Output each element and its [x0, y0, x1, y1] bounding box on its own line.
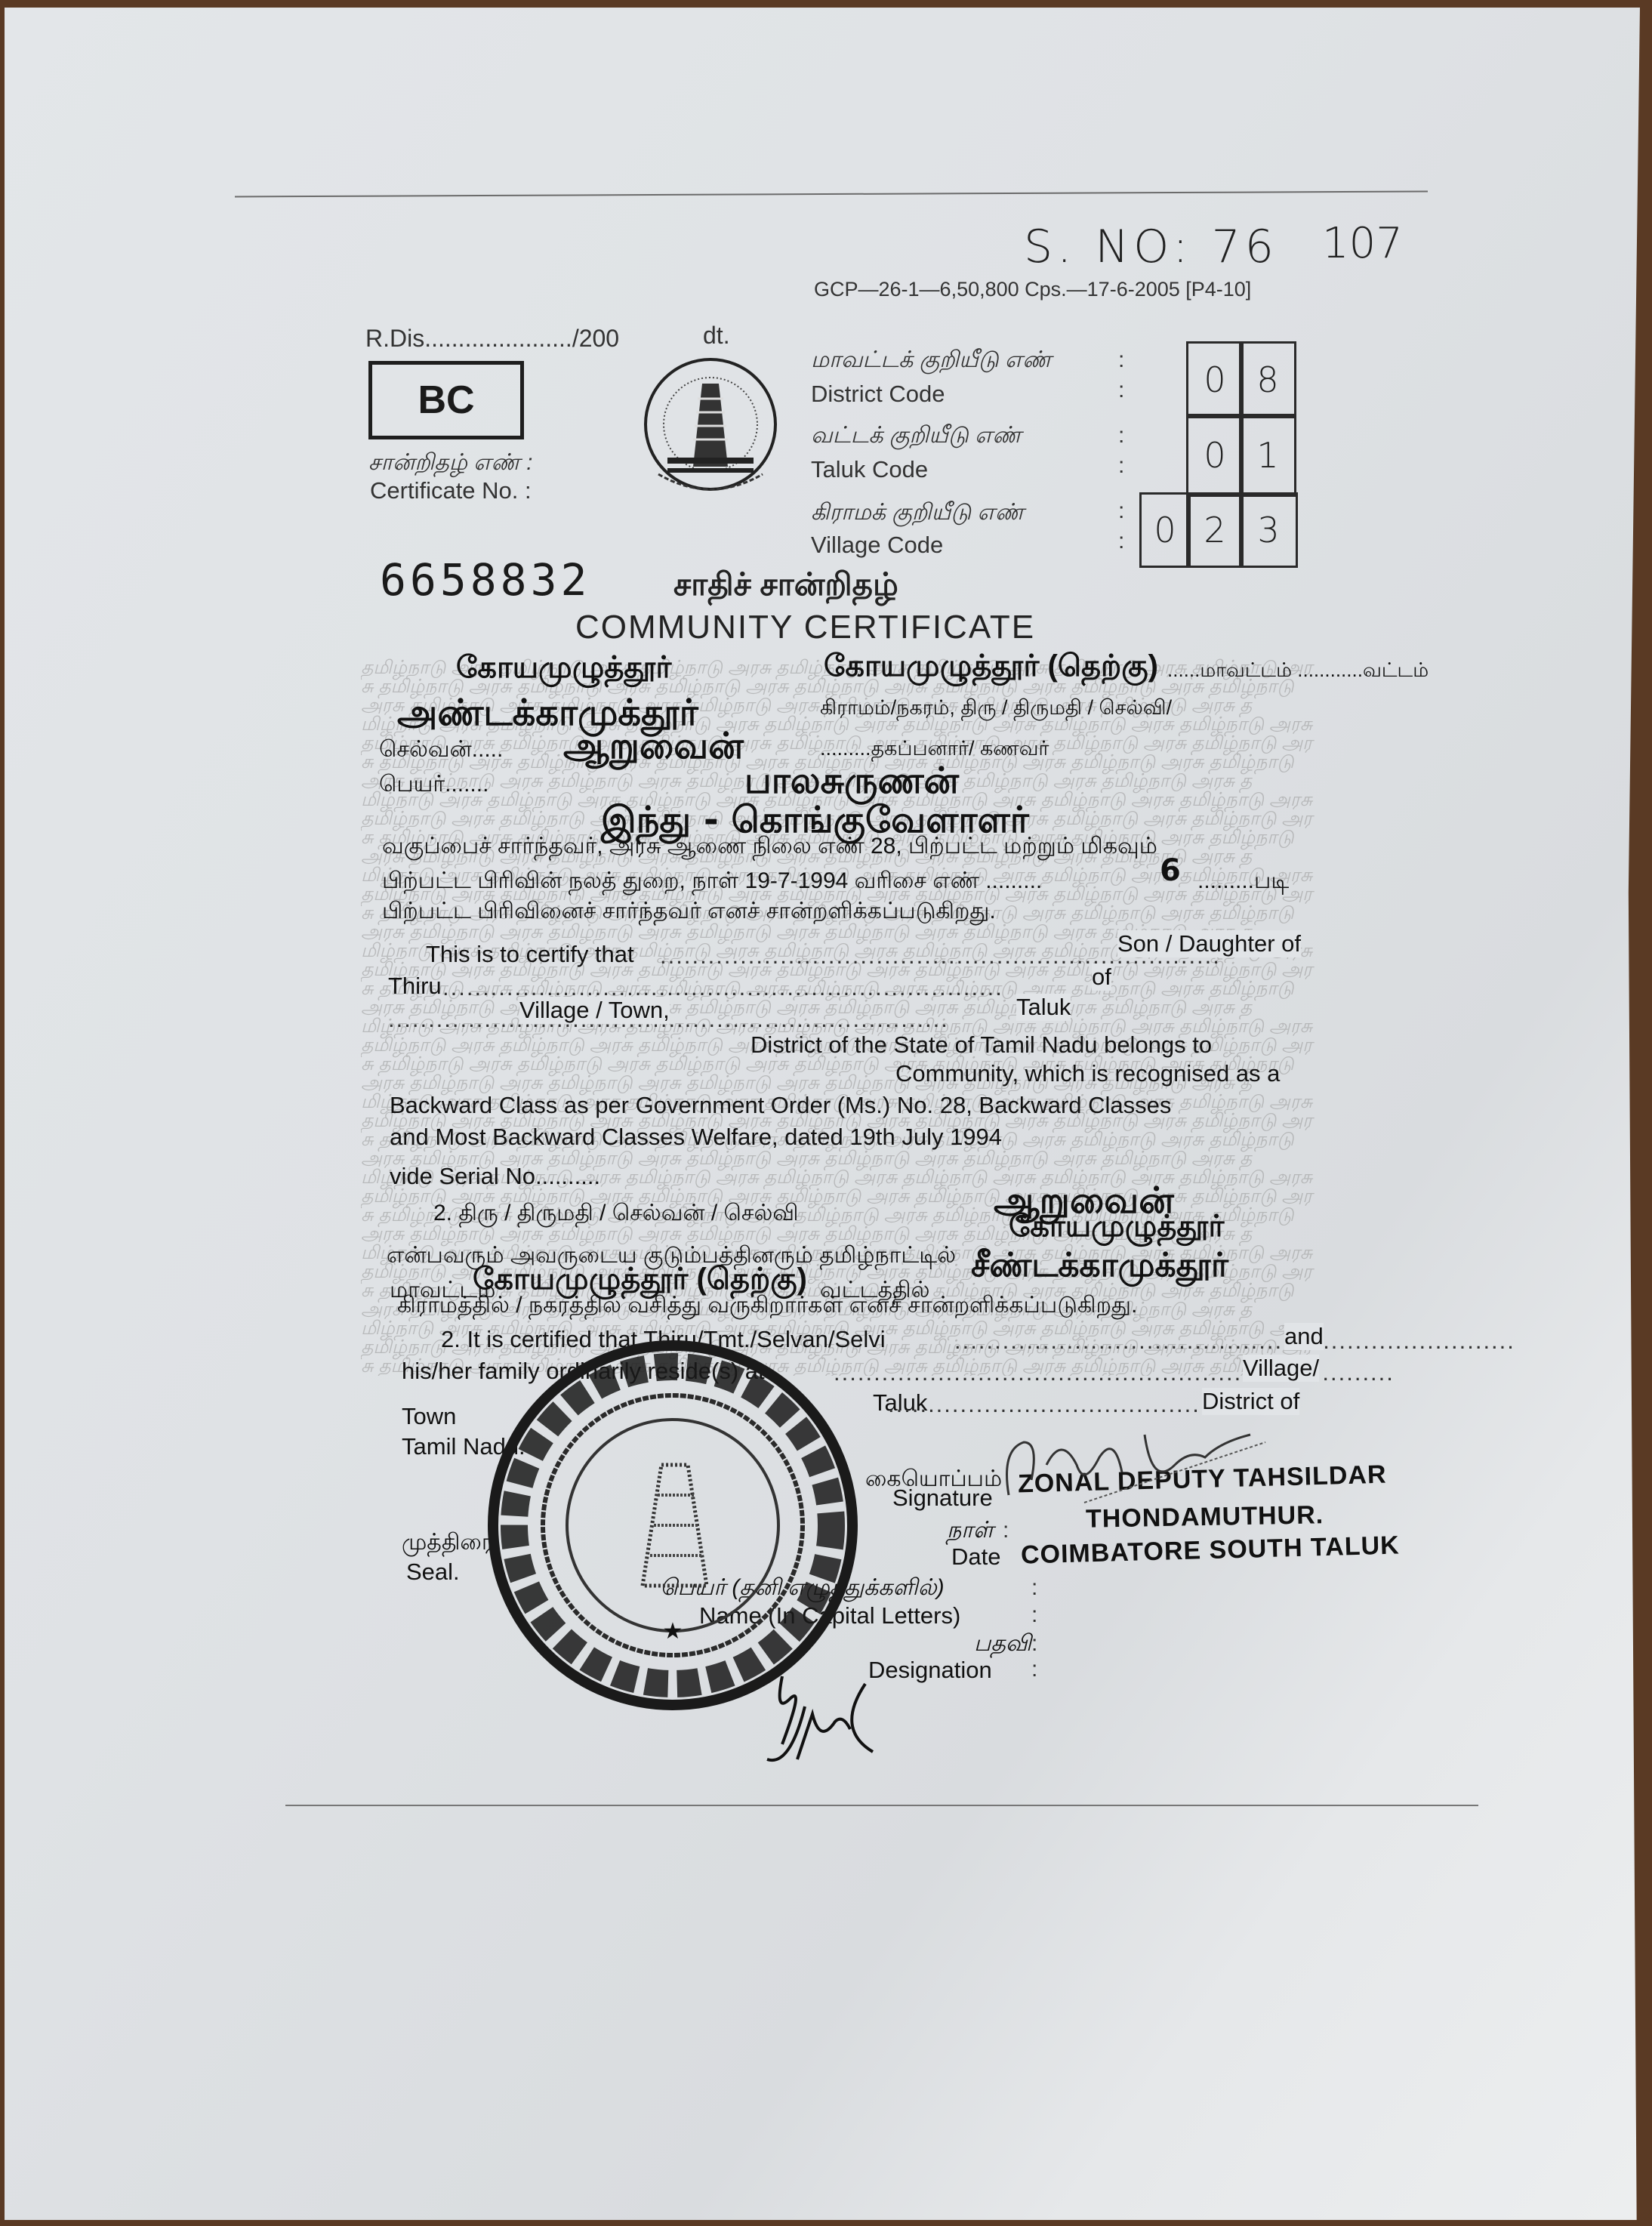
- english-line5: Community, which is recognised as a: [895, 1060, 1280, 1087]
- tamil-line6: வகுப்பைச் சார்ந்தவர், அரசு ஆணை நிலை எண் …: [382, 834, 1157, 862]
- english-line7: and Most Backward Classes Welfare, dated…: [390, 1124, 1002, 1151]
- para2-filled-district: கோயமுழுத்தூர்: [1009, 1210, 1224, 1247]
- taluk-code-label: Taluk Code: [811, 456, 928, 483]
- name-colon: :: [1031, 1575, 1037, 1601]
- name-colon-en: :: [1031, 1602, 1037, 1628]
- tamil-line8: பிற்பட்ட பிரிவினைச் சார்ந்தவர் எனச் சான்…: [382, 899, 996, 927]
- category-badge-label: BC: [418, 378, 474, 423]
- tamil-line4-prefix: பெயர்.......: [379, 772, 489, 800]
- village-code-label-tamil: கிராமக் குறியீடு எண்: [811, 500, 1024, 529]
- district-code-digit-1: 0: [1186, 341, 1244, 418]
- filled-district-tamil: கோயமுழுத்தூர்: [456, 651, 671, 689]
- designation-label-tamil: பதவி: [974, 1631, 1031, 1660]
- form-top-border: [235, 191, 1428, 198]
- para2-english-line1-dots: ........................................…: [954, 1327, 1515, 1355]
- english-line1-prefix: This is to certify that: [426, 941, 634, 968]
- para2-filled-village: சீண்டக்காமுக்தூர்: [971, 1246, 1228, 1289]
- taluk-code-colon: :: [1118, 423, 1124, 449]
- r-dis-field: R.Dis....................../200: [365, 325, 619, 353]
- para2-tamil-line4: கிராமத்தில் / நகரத்தில் வசித்து வருகிறார…: [397, 1293, 1137, 1321]
- handwritten-serial-number: S. NO: 76: [1024, 220, 1278, 273]
- para2-english-line3-dots: ........................................…: [888, 1391, 1197, 1418]
- village-code-digit-3: 3: [1239, 492, 1298, 568]
- r-dis-date-label: dt.: [703, 322, 730, 350]
- certificate-paper: S. NO: 76 107 GCP—26-1—6,50,800 Cps.—17-…: [5, 8, 1640, 2220]
- filled-taluk-tamil: கோயமுழுத்தூர் (தெற்கு): [824, 649, 1158, 687]
- handwritten-serial-suffix: 107: [1322, 219, 1403, 268]
- date-colon: :: [1003, 1518, 1009, 1543]
- filled-serial-tamil: 6: [1160, 853, 1181, 888]
- district-code-colon: :: [1118, 347, 1124, 373]
- certificate-number: 6658832: [380, 554, 590, 606]
- english-line1-suffix: Son / Daughter of: [1117, 930, 1301, 957]
- signature-scribble-icon: [994, 1420, 1281, 1510]
- english-line2-prefix: Thiru: [388, 973, 442, 1000]
- tamil-line7-suffix: .........படி: [1197, 868, 1289, 897]
- form-bottom-border: [285, 1805, 1478, 1806]
- district-code-digit-2: 8: [1239, 341, 1296, 418]
- taluk-code-digit-2: 1: [1239, 414, 1296, 497]
- english-line4: District of the State of Tamil Nadu belo…: [750, 1031, 1212, 1059]
- title-tamil: சாதிச் சான்றிதழ்: [673, 566, 898, 607]
- date-label: Date: [951, 1543, 1000, 1571]
- title-english: COMMUNITY CERTIFICATE: [575, 609, 1035, 646]
- district-code-label: District Code: [811, 381, 945, 408]
- tamil-line2: கிராமம்/நகரம், திரு / திருமதி / செல்வி/: [820, 696, 1172, 723]
- round-seal-icon: ★: [473, 1337, 873, 1714]
- para2-english-line3-prefix: Town: [402, 1403, 456, 1430]
- village-code-digit-1: 0: [1139, 492, 1191, 568]
- print-code: GCP—26-1—6,50,800 Cps.—17-6-2005 [P4-10]: [814, 278, 1251, 301]
- village-code-digit-2: 2: [1186, 492, 1244, 568]
- certificate-no-label-tamil: சான்றிதழ் எண் :: [368, 450, 532, 479]
- tamil-line7-prefix: பிற்பட்ட பிரிவின் நலத் துறை, நாள் 19-7-1…: [382, 868, 1042, 897]
- code-boxes: 0 8 0 1 0 2 3: [1139, 341, 1296, 566]
- category-badge: BC: [368, 361, 524, 439]
- village-code-colon-en: :: [1118, 529, 1124, 554]
- english-line3-suffix: Taluk: [1016, 994, 1071, 1021]
- village-code-colon: :: [1118, 498, 1124, 524]
- district-code-colon-en: :: [1118, 378, 1124, 403]
- tamil-line3-prefix: செல்வன்.....: [379, 737, 503, 766]
- taluk-code-colon-en: :: [1118, 453, 1124, 479]
- english-line8: vide Serial No..........: [390, 1163, 600, 1190]
- taluk-code-label-tamil: வட்டக் குறியீடு எண்: [811, 423, 1022, 452]
- english-line6: Backward Class as per Government Order (…: [390, 1092, 1171, 1119]
- svg-text:★: ★: [663, 1618, 683, 1645]
- designation-colon-en: :: [1031, 1657, 1037, 1682]
- seal-label: Seal.: [406, 1559, 460, 1586]
- taluk-code-digit-1: 0: [1186, 414, 1244, 497]
- tamil-line1-suffix: ......மாவட்டம் ............வட்டம்: [1167, 658, 1429, 684]
- village-code-label: Village Code: [811, 532, 943, 559]
- date-label-tamil: நாள்: [947, 1518, 994, 1546]
- official-stamp-line3: COIMBATORE SOUTH TALUK: [1021, 1531, 1401, 1570]
- signature-label: Signature: [892, 1485, 993, 1512]
- district-code-label-tamil: மாவட்டக் குறியீடு எண்: [811, 347, 1052, 376]
- filled-name-tamil: ஆறுவைன்: [563, 725, 744, 772]
- para2-tamil-prefix: 2. திரு / திருமதி / செல்வன் / செல்வி: [433, 1201, 799, 1229]
- english-line2-suffix: of: [1092, 963, 1111, 991]
- certificate-no-label: Certificate No. :: [370, 477, 532, 504]
- english-line3-mid: Village / Town,: [519, 997, 670, 1024]
- designation-colon: :: [1031, 1631, 1037, 1657]
- para2-english-line2-suffix: Village/: [1243, 1355, 1319, 1382]
- tamil-nadu-emblem-icon: [628, 353, 793, 501]
- para2-english-line1-suffix: and: [1284, 1323, 1324, 1350]
- para2-english-line3-suffix: District of: [1202, 1388, 1299, 1415]
